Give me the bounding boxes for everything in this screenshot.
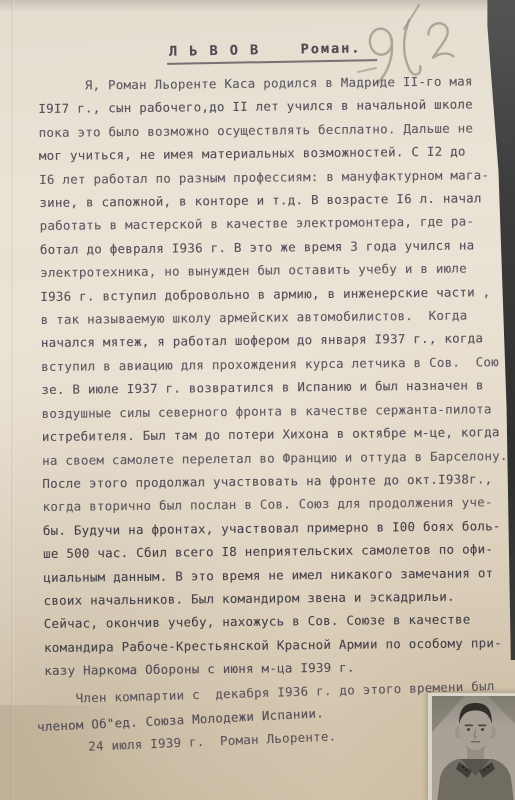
photographed-document: Л Ь В О В Роман. Я, Роман Льоренте Каса …	[0, 0, 515, 800]
document-body: Я, Роман Льоренте Каса родился в Мадриде…	[38, 69, 515, 753]
paper-fold-line	[11, 0, 14, 800]
portrait-photo	[428, 693, 515, 800]
document-title: Л Ь В О В Роман.	[167, 40, 378, 65]
portrait-photo-image	[432, 696, 515, 800]
